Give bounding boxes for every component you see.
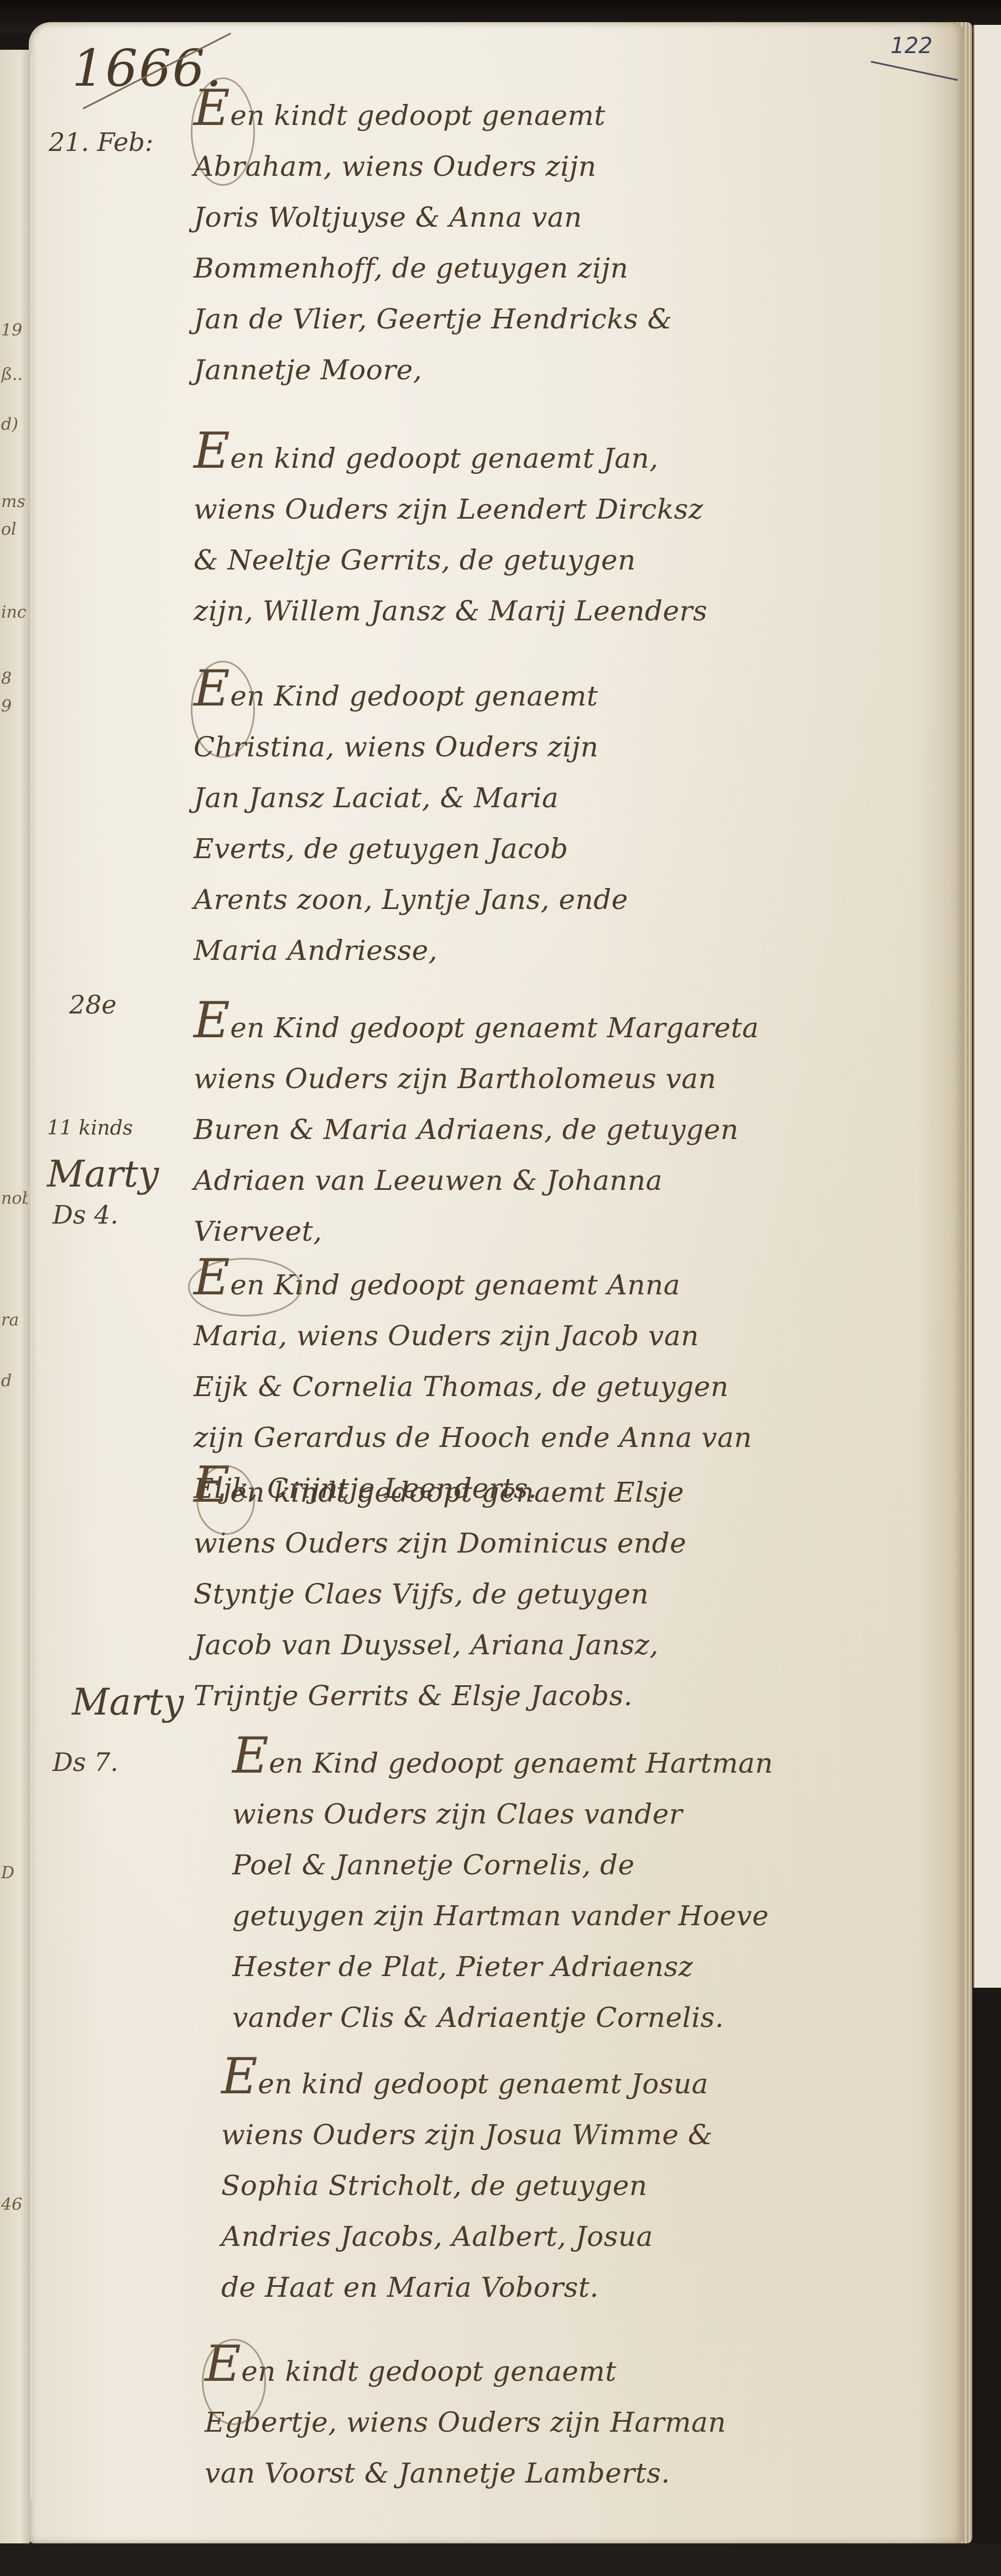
entry-line: Egbertje, wiens Ouders zijn Harman bbox=[205, 2397, 968, 2448]
entry-line: Bommenhoff, de getuygen zijn bbox=[194, 243, 957, 294]
entry-line: Jacob van Duyssel, Ariana Jansz, bbox=[194, 1619, 957, 1670]
facing-mark: nobs bbox=[1, 1189, 28, 1208]
facing-mark: ra bbox=[1, 1310, 28, 1330]
folio-number: 122 bbox=[890, 33, 932, 59]
margin-date-march-7-month: Marty bbox=[72, 1681, 184, 1723]
entry-line: Sophia Stricholt, de getuygen bbox=[221, 2160, 984, 2211]
initial-flourish-ornament bbox=[202, 2339, 266, 2425]
entry-line: zijn, Willem Jansz & Marij Leenders bbox=[194, 586, 957, 636]
entry-line: Een Kind gedoopt genaemt bbox=[194, 663, 957, 722]
entry-line: & Neeltje Gerrits, de getuygen bbox=[194, 535, 957, 586]
baptism-entry-4: Een Kind gedoopt genaemt Margareta wiens… bbox=[194, 995, 957, 1257]
scan-background-bottom bbox=[0, 2543, 1001, 2576]
entry-line: Jannetje Moore, bbox=[194, 344, 957, 395]
entry-line: Een kindt gedoopt genaemt bbox=[194, 83, 957, 141]
entry-line: de Haat en Maria Voborst. bbox=[221, 2262, 984, 2313]
entry-line: Een kindt gedoopt genaemt bbox=[205, 2339, 968, 2397]
margin-date-march-7-day: Ds 7. bbox=[53, 1747, 118, 1777]
entry-line: Een kind gedoopt genaemt Jan, bbox=[194, 426, 957, 484]
facing-mark: 8 bbox=[1, 669, 28, 688]
entry-line: wiens Ouders zijn Josua Wimme & bbox=[221, 2109, 984, 2160]
entry-line: getuygen zijn Hartman vander Hoeve bbox=[232, 1890, 995, 1941]
facing-mark: 19 bbox=[1, 321, 28, 340]
entry-line: Maria Andriesse, bbox=[194, 925, 957, 976]
baptism-entry-9: Een kindt gedoopt genaemt Egbertje, wien… bbox=[205, 2339, 968, 2499]
entry-line: Adriaen van Leeuwen & Johanna bbox=[194, 1155, 957, 1206]
margin-date-feb-21: 21. Feb: bbox=[49, 127, 153, 157]
initial-flourish-ornament bbox=[196, 1465, 255, 1535]
entry-line: Abraham, wiens Ouders zijn bbox=[194, 141, 957, 192]
entry-line: wiens Ouders zijn Claes vander bbox=[232, 1789, 995, 1840]
entry-line: Everts, de getuygen Jacob bbox=[194, 823, 957, 874]
entry-line: Joris Woltjuyse & Anna van bbox=[194, 192, 957, 243]
entry-line: Hester de Plat, Pieter Adriaensz bbox=[232, 1941, 995, 1992]
entry-line: Vierveet, bbox=[194, 1206, 957, 1257]
entry-line: Buren & Maria Adriaens, de getuygen bbox=[194, 1104, 957, 1155]
entry-line: Christina, wiens Ouders zijn bbox=[194, 722, 957, 772]
entry-line: Een kind gedoopt genaemt Josua bbox=[221, 2051, 984, 2109]
facing-mark: ß.. bbox=[1, 365, 28, 384]
facing-mark: d) bbox=[1, 415, 28, 434]
entry-line: Een Kind gedoopt genaemt Anna bbox=[194, 1252, 957, 1310]
initial-flourish-ornament bbox=[191, 77, 255, 186]
baptism-entry-7: Een Kind gedoopt genaemt Hartman wiens O… bbox=[232, 1731, 995, 2043]
baptism-entry-3: Een Kind gedoopt genaemt Christina, wien… bbox=[194, 663, 957, 976]
entry-line: zijn Gerardus de Hooch ende Anna van bbox=[194, 1412, 957, 1463]
entry-line: Maria, wiens Ouders zijn Jacob van bbox=[194, 1310, 957, 1361]
facing-page-edge: 19 ß.. d) ms ol inc 8 9 nobs ra d D 46 bbox=[0, 50, 30, 2560]
entry-line: van Voorst & Jannetje Lamberts. bbox=[205, 2448, 968, 2499]
entry-line: Trijntje Gerrits & Elsje Jacobs. bbox=[194, 1670, 957, 1721]
entry-line: Jan de Vlier, Geertje Hendricks & bbox=[194, 294, 957, 344]
entry-line: Andries Jacobs, Aalbert, Josua bbox=[221, 2211, 984, 2262]
baptism-entry-2: Een kind gedoopt genaemt Jan, wiens Oude… bbox=[194, 426, 957, 636]
initial-flourish-ornament bbox=[191, 661, 255, 758]
facing-mark: 46 bbox=[1, 2195, 28, 2214]
facing-mark: inc bbox=[1, 603, 28, 622]
facing-mark: 9 bbox=[1, 697, 28, 716]
baptism-entry-8: Een kind gedoopt genaemt Josua wiens Oud… bbox=[221, 2051, 984, 2313]
margin-date-feb-28: 28e bbox=[69, 990, 117, 1020]
entry-line: wiens Ouders zijn Leendert Dircksz bbox=[194, 484, 957, 535]
facing-mark: ol bbox=[1, 520, 28, 539]
margin-date-march-4-month: Marty bbox=[47, 1153, 159, 1195]
entry-line: vander Clis & Adriaentje Cornelis. bbox=[232, 1992, 995, 2043]
entry-line: Poel & Jannetje Cornelis, de bbox=[232, 1840, 995, 1890]
entry-line: wiens Ouders zijn Bartholomeus van bbox=[194, 1053, 957, 1104]
initial-flourish-ornament bbox=[188, 1258, 302, 1316]
entry-line: Een Kind gedoopt genaemt Hartman bbox=[232, 1731, 995, 1789]
entry-line: Styntje Claes Vijfs, de getuygen bbox=[194, 1569, 957, 1619]
entry-line: Een kindt gedoopt genaemt Elsje bbox=[194, 1460, 957, 1518]
margin-note-kinds: 11 kinds bbox=[47, 1117, 133, 1140]
facing-mark: d bbox=[1, 1371, 28, 1391]
facing-mark: ms bbox=[1, 492, 28, 511]
facing-page-marks: 19 ß.. d) ms ol inc 8 9 nobs ra d D 46 bbox=[0, 50, 29, 2560]
entry-line: Arents zoon, Lyntje Jans, ende bbox=[194, 874, 957, 925]
baptism-entry-6: Een kindt gedoopt genaemt Elsje wiens Ou… bbox=[194, 1460, 957, 1721]
entry-line: wiens Ouders zijn Dominicus ende bbox=[194, 1518, 957, 1569]
margin-date-march-4-day: Ds 4. bbox=[53, 1200, 118, 1230]
entry-line: Eijk & Cornelia Thomas, de getuygen bbox=[194, 1361, 957, 1412]
facing-mark: D bbox=[1, 1863, 28, 1883]
entry-line: Een Kind gedoopt genaemt Margareta bbox=[194, 995, 957, 1053]
next-page-sliver bbox=[973, 25, 1001, 1988]
gutter-fold bbox=[29, 55, 32, 2499]
entry-line: Jan Jansz Laciat, & Maria bbox=[194, 772, 957, 823]
baptism-entry-1: Een kindt gedoopt genaemt Abraham, wiens… bbox=[194, 83, 957, 395]
